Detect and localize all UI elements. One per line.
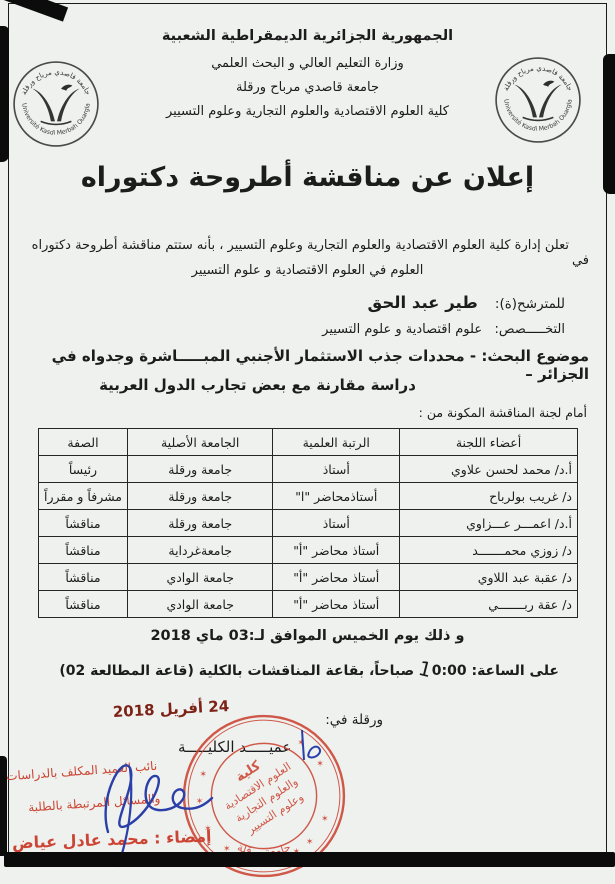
time-suffix: صباحاً، بقاعة المناقشات بالكلية (قاعة ال… <box>59 663 419 679</box>
svg-text:Université Kasdi Merbah Ouargl: Université Kasdi Merbah Ouargla <box>20 102 91 136</box>
university-logo-icon: جامعة قاصدي مرباح ورقلة Université Kasdi… <box>10 58 102 150</box>
member-rank: أستاذ <box>273 456 400 483</box>
table-row: د/ غريب بولرباح أستاذمحاضر "ا" جامعة ورق… <box>39 483 578 510</box>
col-members: أعضاء اللجنة <box>400 429 578 456</box>
logo-wing-right <box>57 89 79 122</box>
member-role: مناقشاً <box>39 564 128 591</box>
member-role: مناقشاً <box>39 591 128 618</box>
logo-latin-arc: Université Kasdi Merbah Ouargla <box>502 98 573 132</box>
document-page: الجمهورية الجزائرية الديمقراطية الشعبية … <box>0 0 615 884</box>
member-rank: أستاذمحاضر "ا" <box>273 483 400 510</box>
svg-text:✶: ✶ <box>321 814 329 824</box>
specialty-label: التخـــــصص: <box>494 322 565 337</box>
time-prefix: على الساعة: <box>467 663 559 679</box>
member-role: مناقشاً <box>39 510 128 537</box>
university-logo-icon: جامعة قاصدي مرباح ورقلة Université Kasdi… <box>492 54 584 146</box>
logo-book <box>41 121 72 124</box>
member-name: أ.د/ اعمـــر عـــزاوي <box>400 510 578 537</box>
handwritten-mark <box>296 726 326 766</box>
member-role: رئيساً <box>39 456 128 483</box>
table-row: د/ عقة ربـــــــي أستاذ محاضر "أ" جامعة … <box>39 591 578 618</box>
specialty-line: التخـــــصص: علوم اقتصادية و علوم التسيي… <box>322 322 565 337</box>
defense-time-line: على الساعة: 10:00 صباحاً، بقاعة المناقشا… <box>59 656 559 680</box>
logo-wing-right <box>539 85 561 118</box>
intro-line-2: العلوم في العلوم الاقتصادية و علوم التسي… <box>0 263 615 278</box>
member-university: جامعة ورقلة <box>127 456 272 483</box>
member-university: جامعةغرداية <box>127 537 272 564</box>
logo-latin-arc: Université Kasdi Merbah Ouargla <box>20 102 91 136</box>
specialty-value: علوم اقتصادية و علوم التسيير <box>322 322 482 337</box>
table-row: د/ عقبة عبد اللاوي أستاذ محاضر "أ" جامعة… <box>39 564 578 591</box>
jury-table: أعضاء اللجنة الرتبة العلمية الجامعة الأص… <box>38 428 578 618</box>
member-rank: أستاذ محاضر "أ" <box>273 591 400 618</box>
topic-line-2: دراسة مقارنة مع بعض تجارب الدول العربية <box>0 376 515 394</box>
logo-wing-left <box>514 85 536 118</box>
defense-date-line: و ذلك يوم الخميس الموافق لـ:03 ماي 2018 <box>0 628 615 644</box>
table-row: أ.د/ محمد لحسن علاوي أستاذ جامعة ورقلة ر… <box>39 456 578 483</box>
signature <box>76 740 226 870</box>
member-rank: أستاذ محاضر "أ" <box>273 564 400 591</box>
announcement-title: إعلان عن مناقشة أطروحة دكتوراه <box>0 162 615 193</box>
logo-book <box>523 117 554 120</box>
candidate-label: للمترشح(ة): <box>495 296 565 312</box>
candidate-name: طير عبد الحق <box>368 293 478 312</box>
member-university: جامعة ورقلة <box>127 483 272 510</box>
member-name: د/ غريب بولرباح <box>400 483 578 510</box>
table-header-row: أعضاء اللجنة الرتبة العلمية الجامعة الأص… <box>39 429 578 456</box>
member-rank: أستاذ <box>273 510 400 537</box>
member-university: جامعة الوادي <box>127 564 272 591</box>
republic-title: الجمهورية الجزائرية الديمقراطية الشعبية <box>0 28 615 44</box>
candidate-line: للمترشح(ة): طير عبد الحق <box>368 293 565 312</box>
svg-text:✶: ✶ <box>306 838 314 848</box>
member-role: مشرفاً و مقرراً <box>39 483 128 510</box>
member-university: جامعة الوادي <box>127 591 272 618</box>
member-name: د/ عقة ربـــــــي <box>400 591 578 618</box>
scan-artifact-bottom-bar <box>4 852 615 867</box>
svg-text:Université Kasdi Merbah Ouargl: Université Kasdi Merbah Ouargla <box>502 98 573 132</box>
member-name: د/ زوزي محمـــــــد <box>400 537 578 564</box>
logo-bird <box>543 81 554 87</box>
logo-wing-left <box>32 89 54 122</box>
logo-bird <box>61 85 72 91</box>
member-university: جامعة ورقلة <box>127 510 272 537</box>
col-university: الجامعة الأصلية <box>127 429 272 456</box>
member-name: أ.د/ محمد لحسن علاوي <box>400 456 578 483</box>
member-name: د/ عقبة عبد اللاوي <box>400 564 578 591</box>
col-role: الصفة <box>39 429 128 456</box>
table-row: د/ زوزي محمـــــــد أستاذ محاضر "أ" جامع… <box>39 537 578 564</box>
member-role: مناقشاً <box>39 537 128 564</box>
table-row: أ.د/ اعمـــر عـــزاوي أستاذ جامعة ورقلة … <box>39 510 578 537</box>
member-rank: أستاذ محاضر "أ" <box>273 537 400 564</box>
time-value: 0:00 <box>432 663 467 679</box>
col-rank: الرتبة العلمية <box>273 429 400 456</box>
committee-intro: أمام لجنة المناقشة المكونة من : <box>419 405 587 420</box>
